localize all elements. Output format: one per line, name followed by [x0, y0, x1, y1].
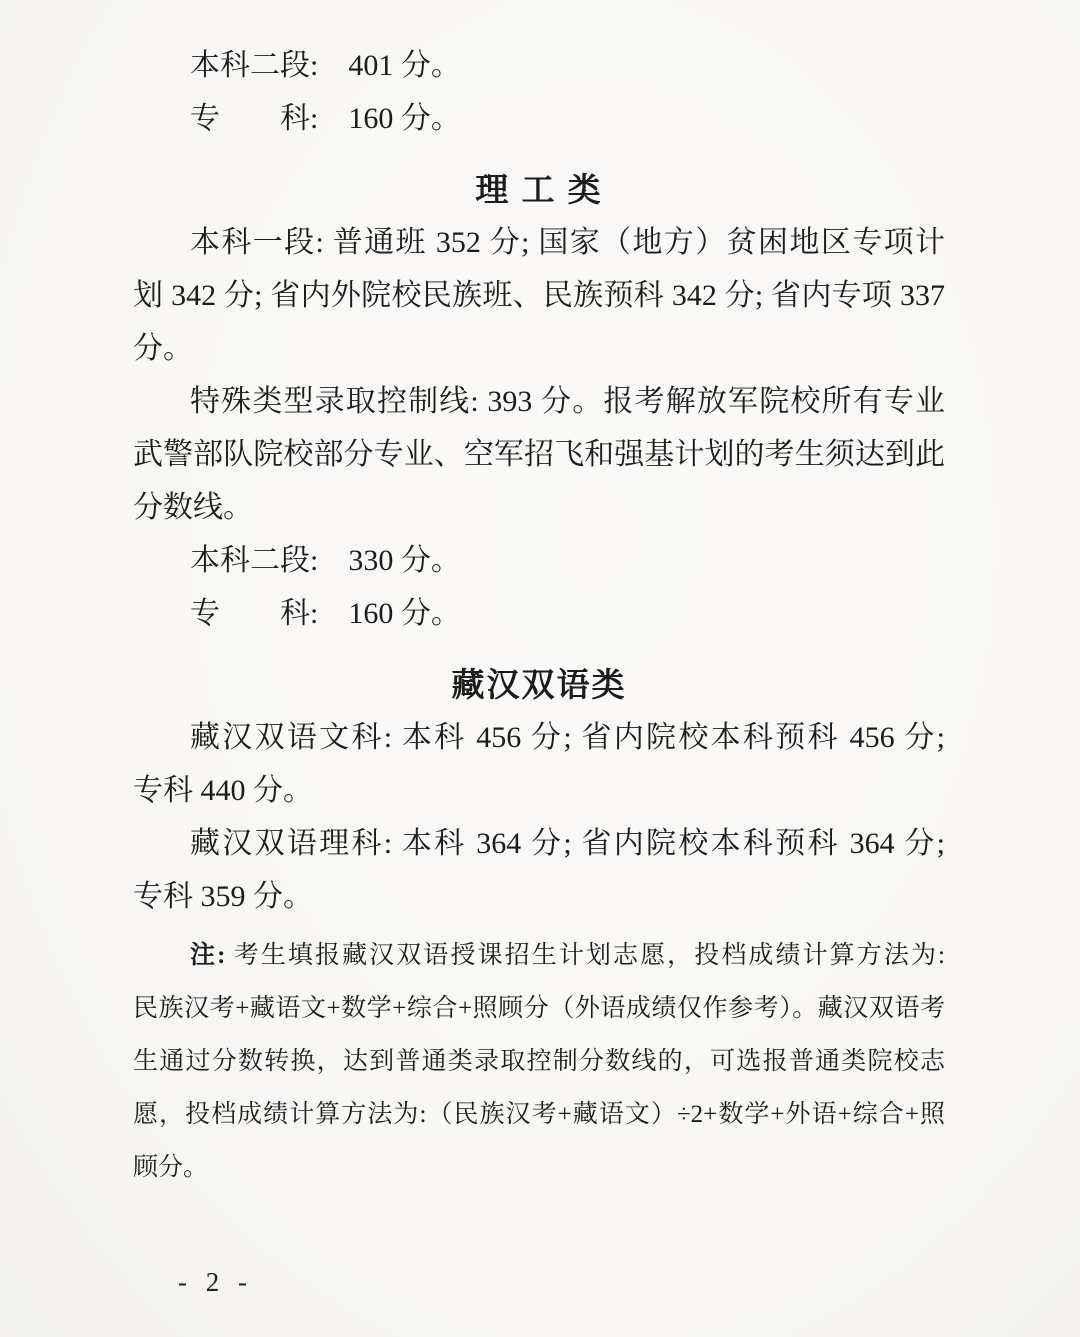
para-bilingual-arts-line: 专科 440 分。 — [133, 764, 945, 817]
para-special-control-line: 武警部队院校部分专业、空军招飞和强基计划的考生须达到此 — [133, 428, 945, 481]
note-line: 顾分。 — [133, 1141, 945, 1194]
note-text: 考生填报藏汉双语授课招生计划志愿，投档成绩计算方法为: — [225, 942, 945, 969]
para-benke1-line: 本科一段: 普通班 352 分; 国家（地方）贫困地区专项计 — [133, 216, 945, 269]
note-line: 注: 考生填报藏汉双语授课招生计划志愿，投档成绩计算方法为: — [133, 929, 945, 982]
note-line: 生通过分数转换，达到普通类录取控制分数线的，可选报普通类院校志 — [133, 1035, 945, 1088]
line-zhuanke-score: 专 科: 160 分。 — [133, 92, 945, 145]
line-science-benke2-score: 本科二段: 330 分。 — [133, 534, 945, 587]
line-science-zhuanke-score: 专 科: 160 分。 — [133, 587, 945, 640]
note-paragraph: 注: 考生填报藏汉双语授课招生计划志愿，投档成绩计算方法为: 民族汉考+藏语文+… — [133, 929, 945, 1194]
page-number: - 2 - — [178, 1262, 253, 1302]
section-heading-bilingual: 藏汉双语类 — [133, 658, 945, 711]
note-label: 注: — [190, 942, 225, 969]
document-page: 本科二段: 401 分。 专 科: 160 分。 理 工 类 本科一段: 普通班… — [0, 0, 1080, 1337]
para-special-control-line: 特殊类型录取控制线: 393 分。报考解放军院校所有专业和 — [133, 375, 945, 428]
section-heading-science: 理 工 类 — [133, 163, 945, 216]
line-benke2-score: 本科二段: 401 分。 — [133, 39, 945, 92]
para-bilingual-science-line: 藏汉双语理科: 本科 364 分; 省内院校本科预科 364 分; — [133, 817, 945, 870]
note-line: 愿，投档成绩计算方法为:（民族汉考+藏语文）÷2+数学+外语+综合+照 — [133, 1088, 945, 1141]
note-line: 民族汉考+藏语文+数学+综合+照顾分（外语成绩仅作参考）。藏汉双语考 — [133, 982, 945, 1035]
para-bilingual-arts-line: 藏汉双语文科: 本科 456 分; 省内院校本科预科 456 分; — [133, 711, 945, 764]
para-benke1-line: 划 342 分; 省内外院校民族班、民族预科 342 分; 省内专项 337 — [133, 269, 945, 322]
para-benke1-line: 分。 — [133, 322, 945, 375]
para-bilingual-science-line: 专科 359 分。 — [133, 870, 945, 923]
para-special-control-line: 分数线。 — [133, 481, 945, 534]
